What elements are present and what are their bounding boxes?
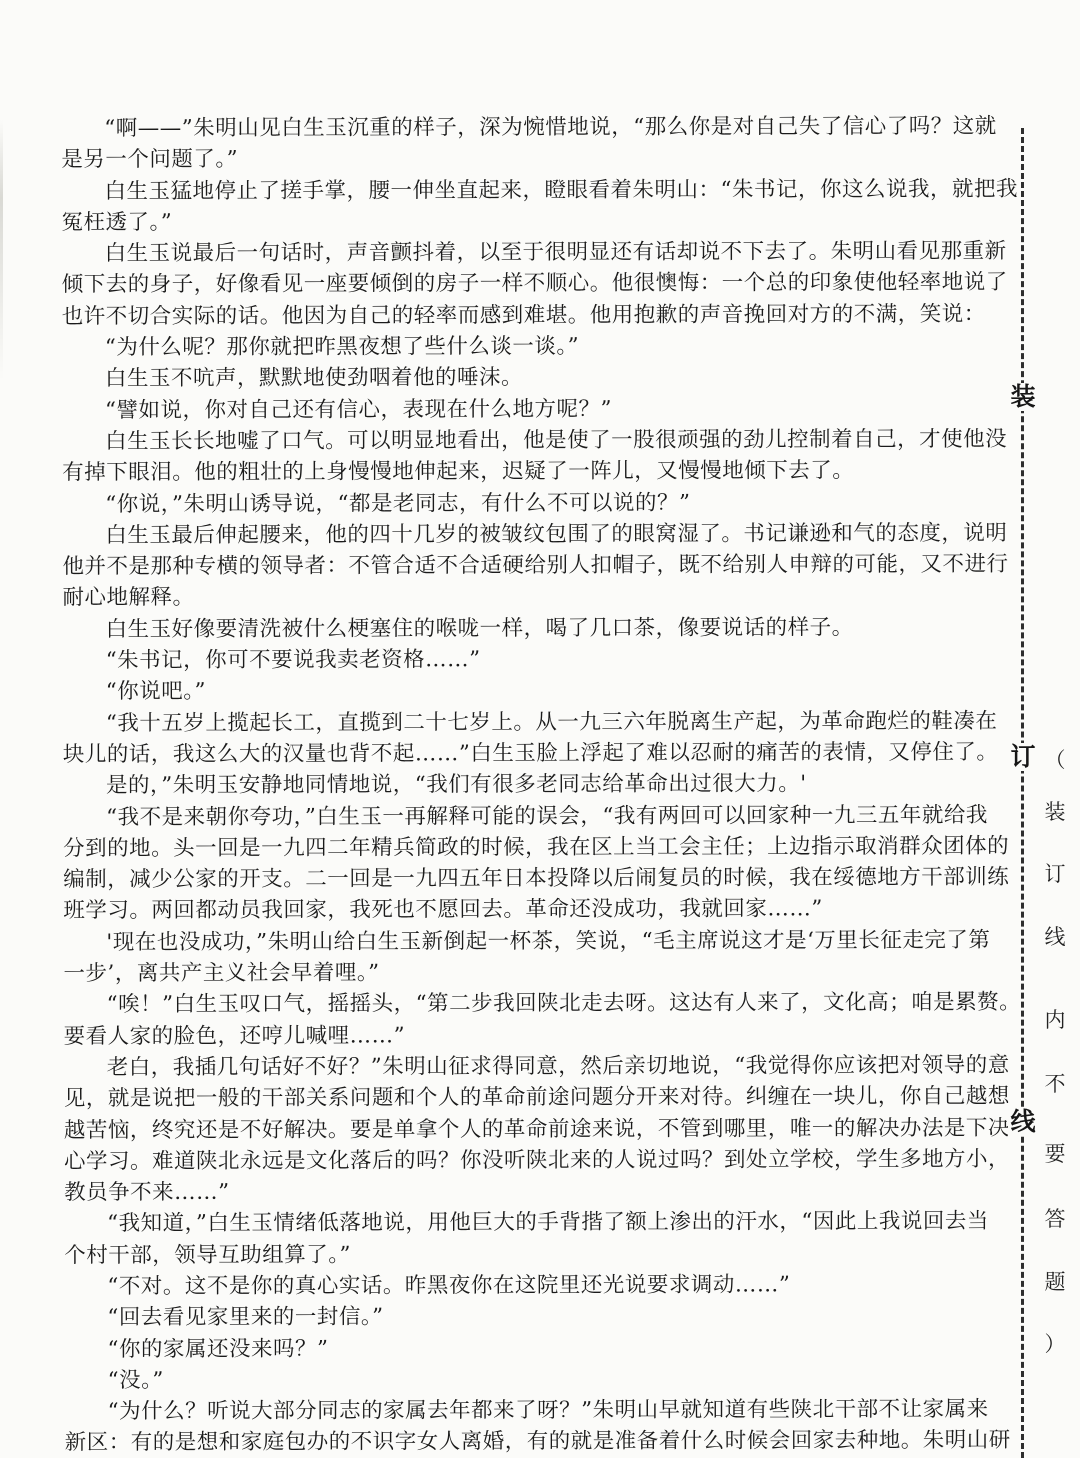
binding-note-char: 装: [1040, 800, 1070, 824]
text-line: 是的，”朱明玉安静地同情地说，“我们有很多老同志给革命出过很大力。': [63, 768, 1010, 802]
binding-line-char: 订: [1008, 743, 1038, 771]
binding-note-char: 订: [1040, 862, 1070, 886]
text-line: “为什么呢？那你就把昨黑夜想了些什么谈一谈。”: [62, 330, 1009, 364]
text-line: “我十五岁上揽起长工，直揽到二十七岁上。从一九三六年脱离生产起，为革命跑烂的鞋凑…: [63, 705, 1010, 739]
text-line: 越苦恼，终究还是不好解决。要是单拿个人的革命前途来说，不管到哪里，唯一的解决办法…: [64, 1112, 1011, 1146]
text-line: 白生玉好像要清洗被什么梗塞住的喉咙一样，喝了几口茶，像要说话的样子。: [63, 612, 1010, 646]
text-line: 他并不是那种专横的领导者：不管合适不合适硬给别人扣帽子，既不给别人申辩的可能，又…: [62, 549, 1009, 583]
binding-note-char: 线: [1040, 925, 1070, 949]
text-line: “不对。这不是你的真心实话。昨黑夜你在这院里还光说要求调动……”: [64, 1269, 1011, 1303]
text-line: “我不是来朝你夸功，”白生玉一再解释可能的误会，“我有两回可以回家种一九三五年就…: [63, 799, 1010, 833]
text-line: 要看人家的脸色，还哼儿喊哩……”: [64, 1018, 1011, 1052]
text-line: “唉！”白生玉叹口气，摇摇头，“第二步我回陕北走去呀。这达有人来了，文化高；咱是…: [64, 987, 1011, 1021]
text-line: “你说吧。”: [63, 674, 1010, 708]
text-line: 是另一个问题了。”: [61, 142, 1008, 176]
binding-line-char: 装: [1008, 383, 1038, 411]
binding-note-char: 内: [1040, 1008, 1070, 1032]
text-line: “啊——”朱明山见白生玉沉重的样子，深为惋惜地说，“那么你是对自己失了信心了吗？…: [61, 111, 1008, 145]
text-line: 教员争不来……”: [64, 1175, 1011, 1209]
binding-note-char: 答: [1040, 1207, 1070, 1231]
binding-note-char: ）: [1040, 1332, 1070, 1356]
text-line: 白生玉长长地嘘了口气。可以明显地看出，他是使了一股很顽强的劲儿控制着自己，才使他…: [62, 424, 1009, 458]
text-line: “我知道，”白生玉情绪低落地说，用他巨大的手背揩了额上渗出的汗水，“因此上我说回…: [64, 1206, 1011, 1240]
text-line: 耐心地解释。: [62, 580, 1009, 614]
text-line: 倾下去的身子，好像看见一座要倾倒的房子一样不顺心。他很懊悔：一个总的印象使他轻率…: [62, 267, 1009, 301]
text-line: 编制，减少公家的开支。二一回是一九四五年日本投降以后闹复员的时候，我在绥德地方干…: [63, 862, 1010, 896]
text-line: “为什么？听说大部分同志的家属去年都来了呀？”朱明山早就知道有些陕北干部不让家属…: [65, 1394, 1012, 1428]
text-line: 白生玉猛地停止了搓手掌，腰一伸坐直起来，瞪眼看着朱明山：“朱书记，你这么说我，就…: [61, 173, 1008, 207]
text-line: 白生玉不吭声，默默地使劲咽着他的唾沫。: [62, 361, 1009, 395]
text-line: “你的家属还没来吗？”: [64, 1331, 1011, 1365]
text-line: 新区：有的是想和家庭包办的不识字女人离婚，有的就是准备着什么时候会回家去种地。朱…: [65, 1425, 1012, 1458]
binding-dashed-line: [1021, 128, 1024, 1458]
text-line: 白生玉说最后一句话时，声音颤抖着，以至于很明显还有话却说不下去了。朱明山看见那重…: [62, 236, 1009, 270]
text-line: “没。”: [65, 1363, 1012, 1397]
text-line: 班学习。两回都动员我回家，我死也不愿回去。革命还没成功，我就回家……”: [63, 893, 1010, 927]
binding-note-char: 要: [1040, 1142, 1070, 1166]
text-line: 老白，我插几句话好不好？”朱明山征求得同意，然后亲切地说，“我觉得你应该把对领导…: [64, 1050, 1011, 1084]
text-line: 见，就是说把一般的干部关系问题和个人的革命前途问题分开来对待。纠缠在一块儿，你自…: [64, 1081, 1011, 1115]
text-line: 一步’，离共产主义社会早着哩。”: [63, 956, 1010, 990]
text-line: “譬如说，你对自己还有信心，表现在什么地方呢？”: [62, 392, 1009, 426]
text-line: “朱书记，你可不要说我卖老资格……”: [63, 643, 1010, 677]
text-line: 分到的地。头一回是一九四二年精兵简政的时候，我在区上当工会主任；上边指示取消群众…: [63, 831, 1010, 865]
text-line: '现在也没成功，”朱明山给白生玉新倒起一杯茶，笑说，“毛主席说这才是‘万里长征走…: [63, 924, 1010, 958]
passage-text: “啊——”朱明山见白生玉沉重的样子，深为惋惜地说，“那么你是对自己失了信心了吗？…: [61, 111, 1012, 1458]
text-line: 白生玉最后伸起腰来，他的四十几岁的被皱纹包围了的眼窝湿了。书记谦逊和气的态度，说…: [62, 518, 1009, 552]
text-line: 冤枉透了。”: [61, 205, 1008, 239]
text-line: 个村干部，领导互助组算了。”: [64, 1237, 1011, 1271]
binding-note-char: 不: [1040, 1072, 1070, 1096]
text-line: 也许不切合实际的话。他因为自己的轻率而感到难堪。他用抱歉的声音挽回对方的不满，笑…: [62, 299, 1009, 333]
text-line: “回去看见家里来的一封信。”: [64, 1300, 1011, 1334]
text-line: 心学习。难道陕北永远是文化落后的吗？你没听陕北来的人说过吗？到处立学校，学生多地…: [64, 1144, 1011, 1178]
binding-line-char: 线: [1008, 1108, 1038, 1136]
scan-edge-artifact: [0, 120, 3, 380]
text-line: “你说，”朱明山诱导说，“都是老同志，有什么不可以说的？”: [62, 486, 1009, 520]
binding-note-char: 题: [1040, 1270, 1070, 1294]
text-line: 有掉下眼泪。他的粗壮的上身慢慢地伸起来，迟疑了一阵儿，又慢慢地倾下去了。: [62, 455, 1009, 489]
scanned-page: “啊——”朱明山见白生玉沉重的样子，深为惋惜地说，“那么你是对自己失了信心了吗？…: [0, 0, 1080, 1458]
text-line: 块儿的话，我这么大的汉量也背不起……”白生玉脸上浮起了难以忍耐的痛苦的表情，又停…: [63, 737, 1010, 771]
binding-note-char: （: [1040, 748, 1070, 772]
